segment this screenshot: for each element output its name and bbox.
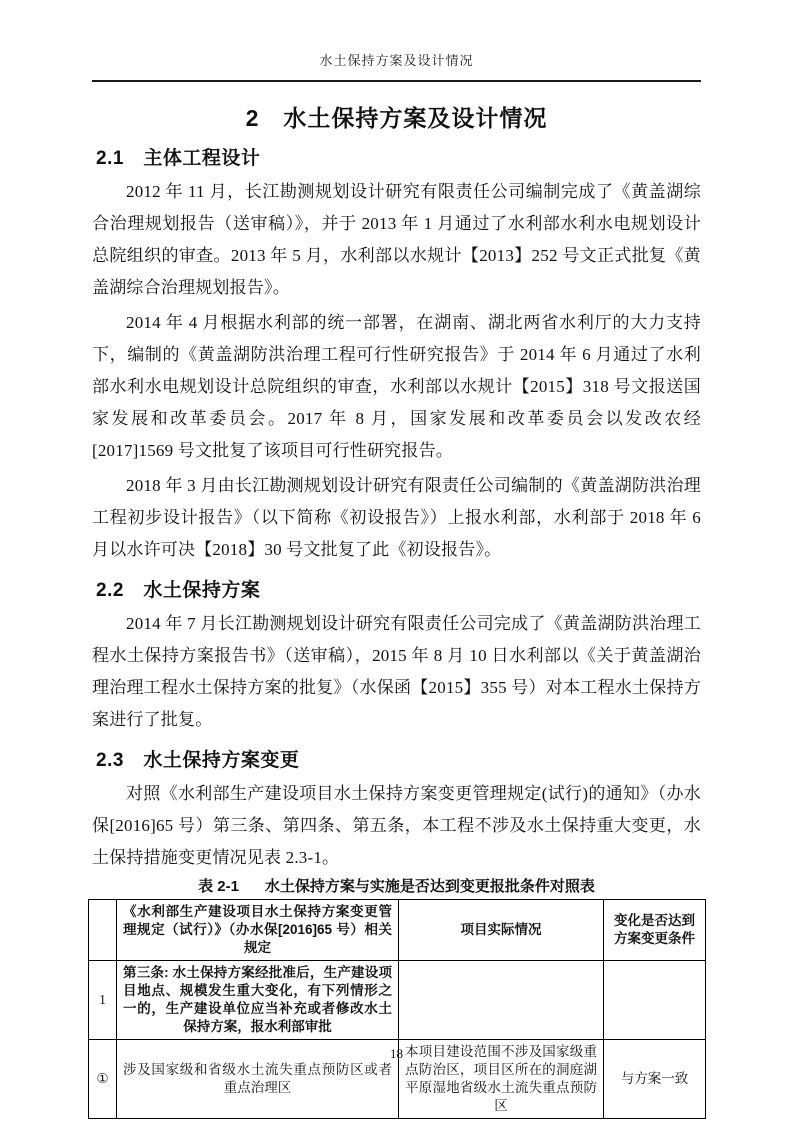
- paragraph-2-1-b: 2014 年 4 月根据水利部的统一部署，在湖南、湖北两省水利厅的大力支持下，编…: [92, 307, 701, 467]
- chapter-title: 2 水土保持方案及设计情况: [92, 102, 701, 134]
- table-caption-title: 水土保持方案与实施是否达到变更报批条件对照表: [265, 878, 595, 895]
- table-row: 1 第三条: 水土保持方案经批准后，生产建设项目地点、规模发生重大变化，有下列情…: [89, 961, 706, 1040]
- comparison-table: 《水利部生产建设项目水土保持方案变更管理规定（试行）》（办水保[2016]65 …: [88, 899, 706, 1119]
- table-header-row: 《水利部生产建设项目水土保持方案变更管理规定（试行）》（办水保[2016]65 …: [89, 900, 706, 961]
- paragraph-2-1-c: 2018 年 3 月由长江勘测规划设计研究有限责任公司编制的《黄盖湖防洪治理工程…: [92, 470, 701, 566]
- paragraph-2-3-a: 对照《水利部生产建设项目水土保持方案变更管理规定(试行)的通知》（办水保[201…: [92, 778, 701, 874]
- actual-cell: [399, 961, 604, 1040]
- paragraph-2-1-a: 2012 年 11 月，长江勘测规划设计研究有限责任公司编制完成了《黄盖湖综合治…: [92, 176, 701, 304]
- table-caption-label: 表 2-1: [198, 878, 239, 895]
- header-cell-actual: 项目实际情况: [399, 900, 604, 961]
- running-header: 水土保持方案及设计情况: [92, 50, 701, 69]
- regulation-cell: 第三条: 水土保持方案经批准后，生产建设项目地点、规模发生重大变化，有下列情形之…: [117, 961, 399, 1040]
- document-page: 水土保持方案及设计情况 2 水土保持方案及设计情况 2.1 主体工程设计 201…: [0, 0, 793, 1122]
- header-cell-no: [89, 900, 117, 961]
- section-heading-2-3: 2.3 水土保持方案变更: [96, 747, 701, 775]
- header-rule: [92, 80, 701, 82]
- table-caption: 表 2-1水土保持方案与实施是否达到变更报批条件对照表: [92, 877, 701, 897]
- page-number: 18: [0, 1046, 793, 1062]
- section-heading-2-2: 2.2 水土保持方案: [96, 577, 701, 605]
- paragraph-2-2-a: 2014 年 7 月长江勘测规划设计研究有限责任公司完成了《黄盖湖防洪治理工程水…: [92, 608, 701, 736]
- result-cell: [604, 961, 706, 1040]
- row-number-cell: 1: [89, 961, 117, 1040]
- header-cell-result: 变化是否达到方案变更条件: [604, 900, 706, 961]
- section-heading-2-1: 2.1 主体工程设计: [96, 145, 701, 173]
- header-cell-regulation: 《水利部生产建设项目水土保持方案变更管理规定（试行）》（办水保[2016]65 …: [117, 900, 399, 961]
